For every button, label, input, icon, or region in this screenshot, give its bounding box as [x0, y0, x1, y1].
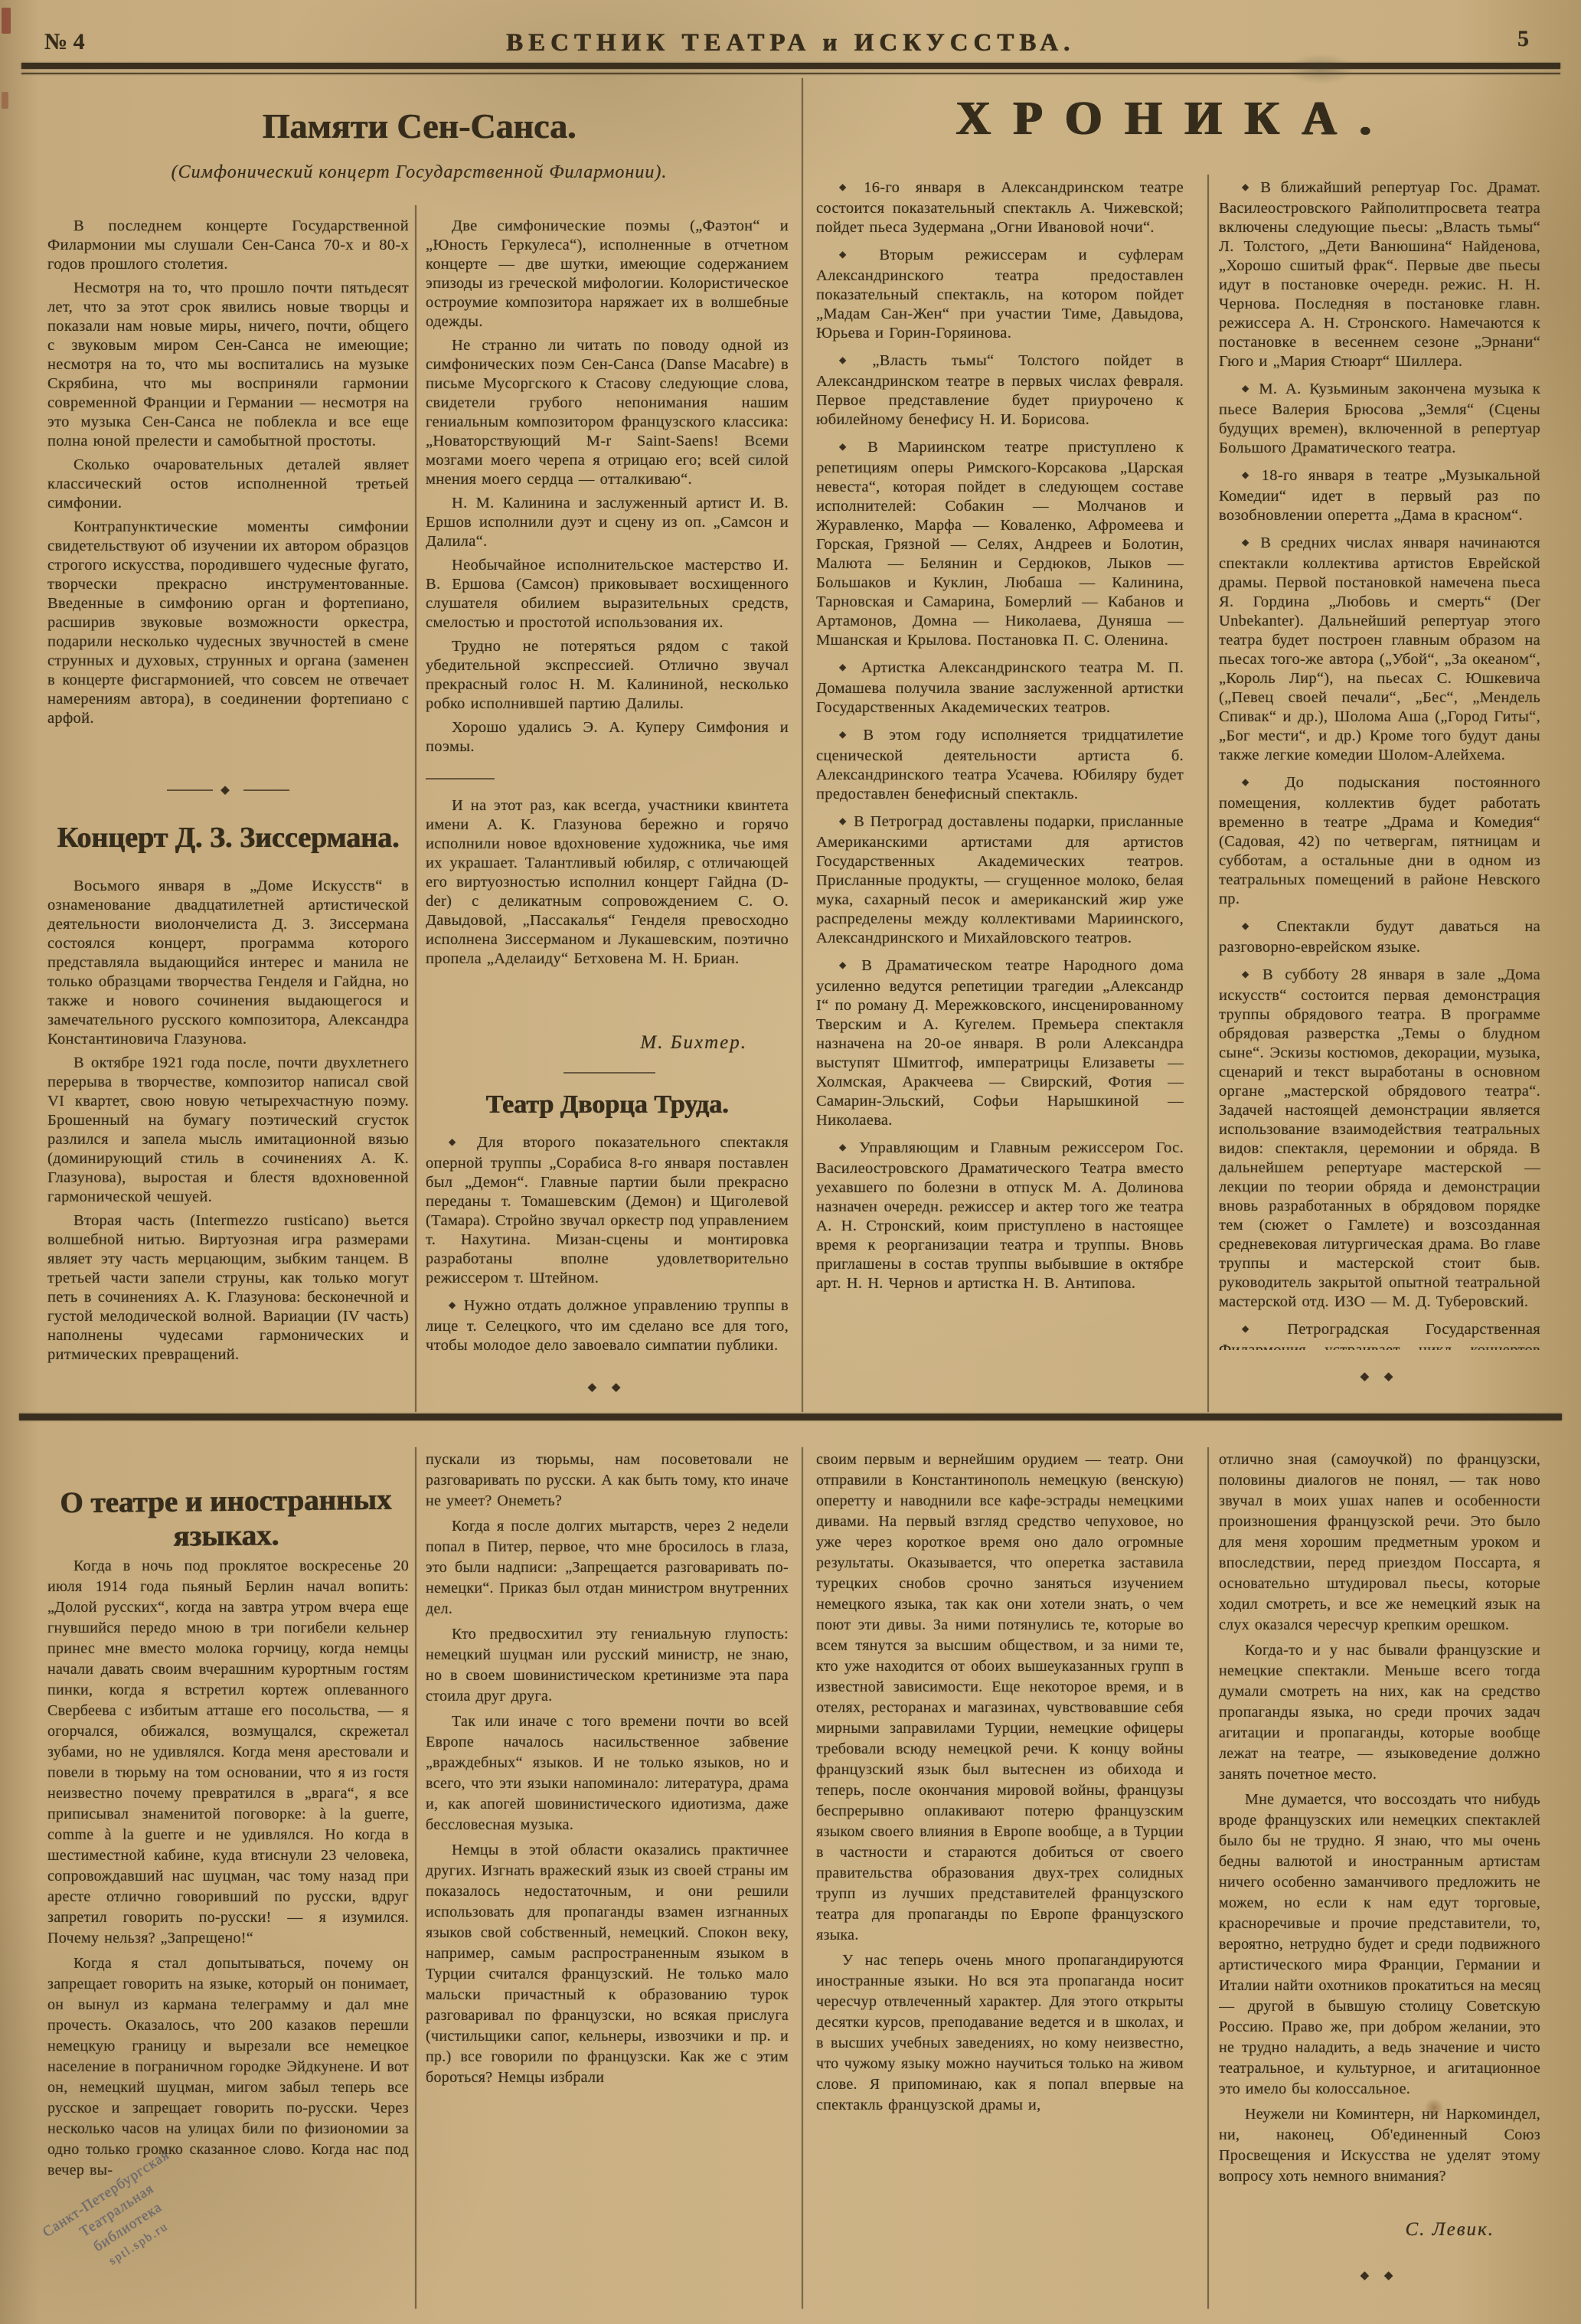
chronicle-column-2: В ближайший репертуар Гос. Драмат. Васил…	[1219, 178, 1540, 1350]
article-paragraph: Когда я после долгих мытарств, через 2 н…	[426, 1516, 789, 1620]
masthead-title: ВЕСТНИК ТЕАТРА и ИСКУССТВА.	[0, 29, 1581, 57]
chronicle-item: М. А. Кузьминым закончена музыка к пьесе…	[1219, 380, 1540, 458]
paper-smudge	[1286, 54, 1355, 84]
zisserman-column-2: И на этот раз, как всегда, участники кви…	[426, 796, 789, 1034]
chronicle-item: До подыскания постоянного помещения, кол…	[1219, 773, 1540, 909]
author-signature-levik: С. Левик.	[1219, 2219, 1494, 2241]
diamond-ornament: ◆ ◆	[1361, 1369, 1400, 1384]
page-number: 5	[1517, 26, 1529, 52]
article-paragraph: пускали из тюрьмы, нам посоветовали не р…	[426, 1450, 789, 1512]
chronicle-item: Петроградская Государственная Филармония…	[1219, 1320, 1540, 1350]
article-paragraph: Несмотря на то, что прошло почти пятьдес…	[47, 279, 409, 451]
chronicle-item: В ближайший репертуар Гос. Драмат. Васил…	[1219, 178, 1540, 371]
article-paragraph: Сколько очаровательных деталей являет кл…	[47, 456, 409, 513]
article-paragraph: Когда-то и у нас бывали французские и не…	[1219, 1640, 1540, 1785]
zisserman-column-1: Восьмого января в „Доме Искусств“ в озна…	[47, 877, 409, 1413]
diamond-ornament: ◆ ◆	[588, 1380, 627, 1394]
article-title-palace-of-labor: Театр Дворца Труда.	[426, 1090, 789, 1120]
article-paragraph: У нас теперь очень много пропагандируютс…	[816, 1950, 1184, 2116]
column-rule	[415, 205, 416, 1412]
languages-column-4: отлично зная (самоучкой) по французски, …	[1219, 1450, 1540, 2215]
chronicle-item: В Мариинском театре приступлено к репети…	[816, 438, 1184, 650]
column-rule	[1207, 1447, 1209, 2309]
article-subtitle-saint-saens: (Симфонический концерт Государственной Ф…	[46, 162, 792, 183]
chronicle-item: Управляющим и Главным режиссером Гос. Ва…	[816, 1139, 1184, 1293]
article-paragraph: Нужно отдать должное управлению труппы в…	[426, 1296, 789, 1355]
chronicle-item: Спектакли будут даваться на разговорно-е…	[1219, 917, 1540, 957]
article-paragraph: отлично зная (самоучкой) по французски, …	[1219, 1450, 1540, 1636]
article-paragraph: Вторая часть (Intermezzo rusticano) вьет…	[47, 1211, 409, 1365]
article-paragraph: Когда я стал допытываться, почему он зап…	[47, 1953, 409, 2181]
saint-saens-column-2: Две симфонические поэмы („Фаэтон“ и „Юно…	[426, 217, 789, 757]
saint-saens-column-1: В последнем концерте Государственной Фил…	[47, 217, 409, 781]
article-paragraph: Мне думается, что воссоздать что нибудь …	[1219, 1790, 1540, 2100]
section-ornament: ◆ ◆	[426, 1380, 789, 1394]
chronicle-item: Вторым режиссерам и суфлерам Александрин…	[816, 246, 1184, 343]
column-rule	[415, 1447, 416, 2309]
paragraph-divider	[563, 1072, 655, 1074]
chronicle-title: ХРОНИКА.	[812, 92, 1539, 146]
chronicle-item: 16-го января в Александринском театре со…	[816, 178, 1184, 237]
author-signature-bikhter: М. Бихтер.	[426, 1032, 747, 1054]
languages-column-3: своим первым и вернейшим орудием — театр…	[816, 1450, 1184, 2310]
chronicle-item: В субботу 28 января в зале „Дома искусст…	[1219, 966, 1540, 1312]
article-paragraph: Кто предвосхитил эту гениальную глупость…	[426, 1624, 789, 1707]
languages-column-2: пускали из тюрьмы, нам посоветовали не р…	[426, 1450, 789, 2310]
article-paragraph: Немцы в этой области оказались практичне…	[426, 1840, 789, 2088]
article-paragraph: Неужели ни Коминтерн, ни Наркоминдел, ни…	[1219, 2104, 1540, 2187]
article-paragraph: Трудно не потеряться рядом с такой убеди…	[426, 637, 789, 714]
article-paragraph: В последнем концерте Государственной Фил…	[47, 217, 409, 274]
paragraph-divider	[426, 778, 495, 780]
article-title-zisserman: Концерт Д. З. Зиссермана.	[47, 821, 409, 855]
section-rule	[19, 1414, 1562, 1420]
chronicle-item: Артистка Александринского театра М. П. Д…	[816, 659, 1184, 717]
article-paragraph: Две симфонические поэмы („Фаэтон“ и „Юно…	[426, 217, 789, 332]
header-rule-thin	[21, 73, 1560, 74]
chronicle-item: 18-го января в театре „Музыкальной Комед…	[1219, 466, 1540, 525]
diamond-ornament: ◆ ◆	[1361, 2268, 1400, 2283]
column-rule	[1207, 175, 1209, 1412]
article-paragraph: Так или иначе с того времени почти во вс…	[426, 1711, 789, 1835]
article-paragraph: В октябре 1921 года после, почти двухлет…	[47, 1054, 409, 1207]
newspaper-page: № 4 ВЕСТНИК ТЕАТРА и ИСКУССТВА. 5 Памяти…	[0, 0, 1581, 2324]
article-paragraph: Н. М. Калинина и заслуженный артист И. В…	[426, 494, 789, 551]
article-paragraph: Восьмого января в „Доме Искусств“ в озна…	[47, 877, 409, 1049]
article-title-saint-saens: Памяти Сен-Санса.	[46, 106, 792, 146]
chronicle-item: В этом году исполняется тридцатилетие сц…	[816, 726, 1184, 804]
column-rule	[802, 78, 803, 1412]
chronicle-item: В средних числах января начинаются спект…	[1219, 534, 1540, 765]
article-paragraph: Для второго показательного спектакля опе…	[426, 1133, 789, 1288]
article-title-languages: О театре и иностранных языках.	[42, 1482, 410, 1554]
palace-of-labor-text: Для второго показательного спектакля опе…	[426, 1133, 789, 1380]
chronicle-column-1: 16-го января в Александринском театре со…	[816, 178, 1184, 1413]
section-ornament: ◆	[47, 783, 409, 797]
diamond-ornament: ◆	[220, 783, 236, 797]
section-ornament: ◆ ◆	[1219, 1369, 1540, 1384]
article-paragraph: Когда в ночь под проклятое воскресенье 2…	[47, 1556, 409, 1949]
article-paragraph: своим первым и вернейшим орудием — театр…	[816, 1450, 1184, 1946]
article-paragraph: Необычайное исполнительское мастерство И…	[426, 556, 789, 632]
scan-edge-mark	[2, 8, 11, 34]
article-paragraph: Хорошо удались Э. А. Куперу Симфония и п…	[426, 718, 789, 757]
article-paragraph: Не странно ли читать по поводу одной из …	[426, 336, 789, 489]
chronicle-item: В Драматическом театре Народного дома ус…	[816, 956, 1184, 1130]
article-paragraph: Контрапунктические моменты симфонии свид…	[47, 518, 409, 728]
section-ornament: ◆ ◆	[1219, 2268, 1540, 2283]
column-rule	[802, 1447, 803, 2309]
header-rule-thick	[21, 63, 1560, 69]
chronicle-item: В Петроград доставлены подарки, присланн…	[816, 812, 1184, 948]
article-paragraph: И на этот раз, как всегда, участники кви…	[426, 796, 789, 969]
chronicle-item: „Власть тьмы“ Толстого пойдет в Александ…	[816, 351, 1184, 430]
scan-edge-mark	[2, 92, 8, 109]
